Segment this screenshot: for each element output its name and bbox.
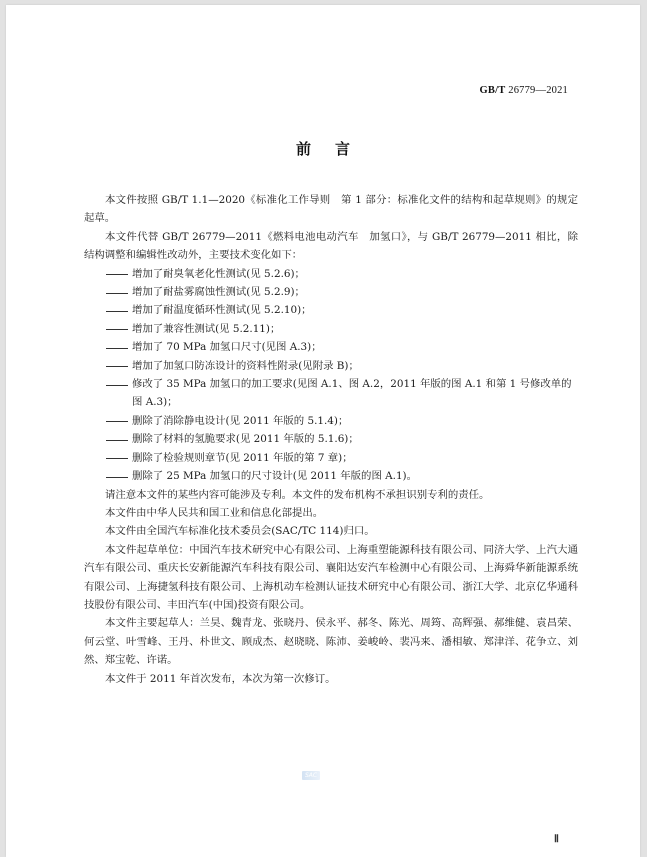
list-item-text: 增加了兼容性测试(见 5.2.11)；: [132, 323, 280, 335]
list-item-text: 增加了 70 MPa 加氢口尺寸(见图 A.3)；: [132, 341, 322, 353]
technical-changes-list: 增加了耐臭氧老化性测试(见 5.2.6)； 增加了耐盐雾腐蚀性测试(见 5.2.…: [84, 265, 578, 486]
paragraph-drafters: 本文件主要起草人：兰昊、魏青龙、张晓丹、侯永平、郝冬、陈光、周筠、高辉强、郝维健…: [84, 614, 578, 669]
dash-bullet-icon: [106, 283, 130, 301]
standard-number: 26779—2021: [508, 85, 568, 96]
dash-bullet-icon: [106, 412, 130, 430]
document-viewer: GB/T 26779—2021 前言 本文件按照 GB/T 1.1—2020《标…: [0, 0, 647, 857]
list-item: 删除了消除静电设计(见 2011 年版的 5.1.4)；: [84, 412, 578, 430]
document-page: GB/T 26779—2021 前言 本文件按照 GB/T 1.1—2020《标…: [6, 5, 640, 857]
dash-bullet-icon: [106, 449, 130, 467]
paragraph-proposer: 本文件由中华人民共和国工业和信息化部提出。: [84, 504, 578, 522]
dash-bullet-icon: [106, 357, 130, 375]
dash-bullet-icon: [106, 265, 130, 283]
paragraph-revision-history: 本文件于 2011 年首次发布，本次为第一次修订。: [84, 670, 578, 688]
sac-watermark-icon: SAC: [302, 771, 320, 780]
dash-bullet-icon: [106, 301, 130, 319]
paragraph-drafting-rules: 本文件按照 GB/T 1.1—2020《标准化工作导则 第 1 部分：标准化文件…: [84, 191, 578, 228]
list-item: 删除了材料的氢脆要求(见 2011 年版的 5.1.6)；: [84, 430, 578, 448]
standard-code: GB/T 26779—2021: [480, 85, 568, 96]
page-title: 前言: [6, 138, 640, 159]
dash-bullet-icon: [106, 338, 130, 356]
paragraph-patent-notice: 请注意本文件的某些内容可能涉及专利。本文件的发布机构不承担识别专利的责任。: [84, 486, 578, 504]
list-item: 增加了耐盐雾腐蚀性测试(见 5.2.9)；: [84, 283, 578, 301]
paragraph-drafting-units: 本文件起草单位：中国汽车技术研究中心有限公司、上海重塑能源科技有限公司、同济大学…: [84, 541, 578, 615]
list-item-text: 删除了材料的氢脆要求(见 2011 年版的 5.1.6)；: [132, 433, 359, 445]
paragraph-committee: 本文件由全国汽车标准化技术委员会(SAC/TC 114)归口。: [84, 522, 578, 540]
list-item-text: 删除了消除静电设计(见 2011 年版的 5.1.4)；: [132, 415, 348, 427]
document-body: 本文件按照 GB/T 1.1—2020《标准化工作导则 第 1 部分：标准化文件…: [84, 191, 578, 688]
list-item: 增加了耐臭氧老化性测试(见 5.2.6)；: [84, 265, 578, 283]
list-item: 增加了 70 MPa 加氢口尺寸(见图 A.3)；: [84, 338, 578, 356]
list-item-text: 删除了检验规则章节(见 2011 年版的第 7 章)；: [132, 452, 353, 464]
list-item: 增加了耐温度循环性测试(见 5.2.10)；: [84, 301, 578, 319]
paragraph-replacement: 本文件代替 GB/T 26779—2011《燃料电池电动汽车 加氢口》，与 GB…: [84, 228, 578, 265]
standard-prefix: GB/T: [480, 85, 506, 96]
list-item-text: 增加了耐温度循环性测试(见 5.2.10)；: [132, 304, 312, 316]
dash-bullet-icon: [106, 320, 130, 338]
list-item: 删除了检验规则章节(见 2011 年版的第 7 章)；: [84, 449, 578, 467]
list-item-text: 删除了 25 MPa 加氢口的尺寸设计(见 2011 年版的图 A.1)。: [132, 470, 417, 482]
list-item-text: 增加了加氢口防冻设计的资料性附录(见附录 B)；: [132, 360, 359, 372]
page-number: Ⅱ: [554, 834, 559, 845]
dash-bullet-icon: [106, 467, 130, 485]
list-item: 增加了加氢口防冻设计的资料性附录(见附录 B)；: [84, 357, 578, 375]
list-item-text: 增加了耐盐雾腐蚀性测试(见 5.2.9)；: [132, 286, 305, 298]
list-item: 增加了兼容性测试(见 5.2.11)；: [84, 320, 578, 338]
list-item: 修改了 35 MPa 加氢口的加工要求(见图 A.1、图 A.2，2011 年版…: [84, 375, 578, 412]
list-item-text: 增加了耐臭氧老化性测试(见 5.2.6)；: [132, 268, 305, 280]
dash-bullet-icon: [106, 430, 130, 448]
list-item: 删除了 25 MPa 加氢口的尺寸设计(见 2011 年版的图 A.1)。: [84, 467, 578, 485]
list-item-text: 修改了 35 MPa 加氢口的加工要求(见图 A.1、图 A.2，2011 年版…: [132, 378, 572, 408]
dash-bullet-icon: [106, 375, 130, 393]
